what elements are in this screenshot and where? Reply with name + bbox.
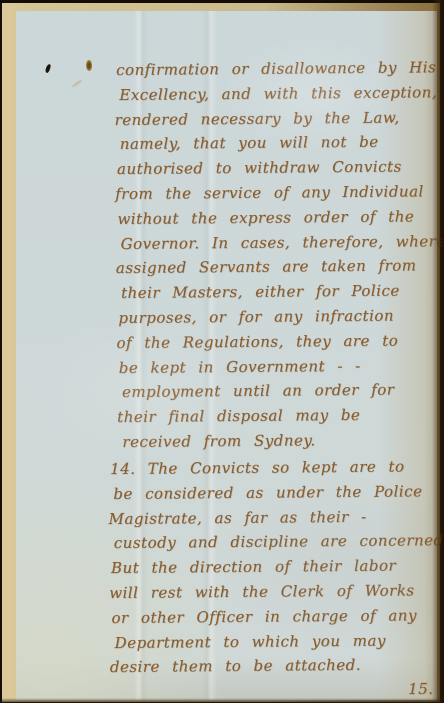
- paragraph-1: confirmation or disallowance by His Exce…: [116, 55, 444, 455]
- paragraph-2-clause-14: 14. The Convicts so kept are to be consi…: [110, 454, 444, 680]
- manuscript-line: or other Officer in charge of any: [111, 603, 444, 631]
- manuscript-line: confirmation or disallowance by His: [116, 55, 444, 83]
- manuscript-line: assigned Servants are taken from: [116, 254, 444, 282]
- manuscript-line: from the service of any Individual: [115, 179, 444, 207]
- manuscript-line: received from Sydney.: [122, 427, 444, 455]
- manuscript-line: 14. The Convicts so kept are to: [110, 454, 444, 482]
- manuscript-line: be considered as under the Police: [113, 479, 444, 507]
- scanned-manuscript-page: confirmation or disallowance by His Exce…: [0, 0, 444, 703]
- manuscript-line: authorised to withdraw Convicts: [117, 154, 444, 182]
- manuscript-line: But the direction of their labor: [111, 553, 444, 581]
- manuscript-line: their Masters, either for Police: [121, 278, 444, 306]
- manuscript-line: be kept in Government - -: [119, 353, 444, 381]
- manuscript-line: desire them to be attached.: [110, 652, 444, 680]
- ink-blot: [45, 64, 52, 74]
- paper-scratch: [71, 79, 83, 88]
- manuscript-leaf: confirmation or disallowance by His Exce…: [16, 11, 437, 700]
- manuscript-line: will rest with the Clerk of Works: [109, 578, 444, 606]
- scan-edge-right: [432, 0, 444, 703]
- manuscript-line: Excellency, and with this exception,: [119, 80, 444, 108]
- manuscript-line: namely, that you will not be: [120, 130, 444, 158]
- manuscript-line: purposes, or for any infraction: [118, 303, 444, 331]
- manuscript-line: without the express order of the: [117, 204, 444, 232]
- scan-edge-bottom: [0, 698, 444, 703]
- manuscript-line: of the Regulations, they are to: [116, 328, 444, 356]
- manuscript-line: rendered necessary by the Law,: [114, 105, 444, 133]
- manuscript-line: employment until an order for: [122, 377, 444, 405]
- manuscript-line: custody and discipline are concerned.: [114, 528, 444, 556]
- manuscript-line: Department to which you may: [115, 628, 444, 656]
- ink-blot: [86, 60, 92, 71]
- manuscript-line: Magistrate, as far as their -: [108, 504, 444, 532]
- manuscript-line: Governor. In cases, therefore, where: [121, 229, 444, 257]
- manuscript-line: their final disposal may be: [117, 402, 444, 430]
